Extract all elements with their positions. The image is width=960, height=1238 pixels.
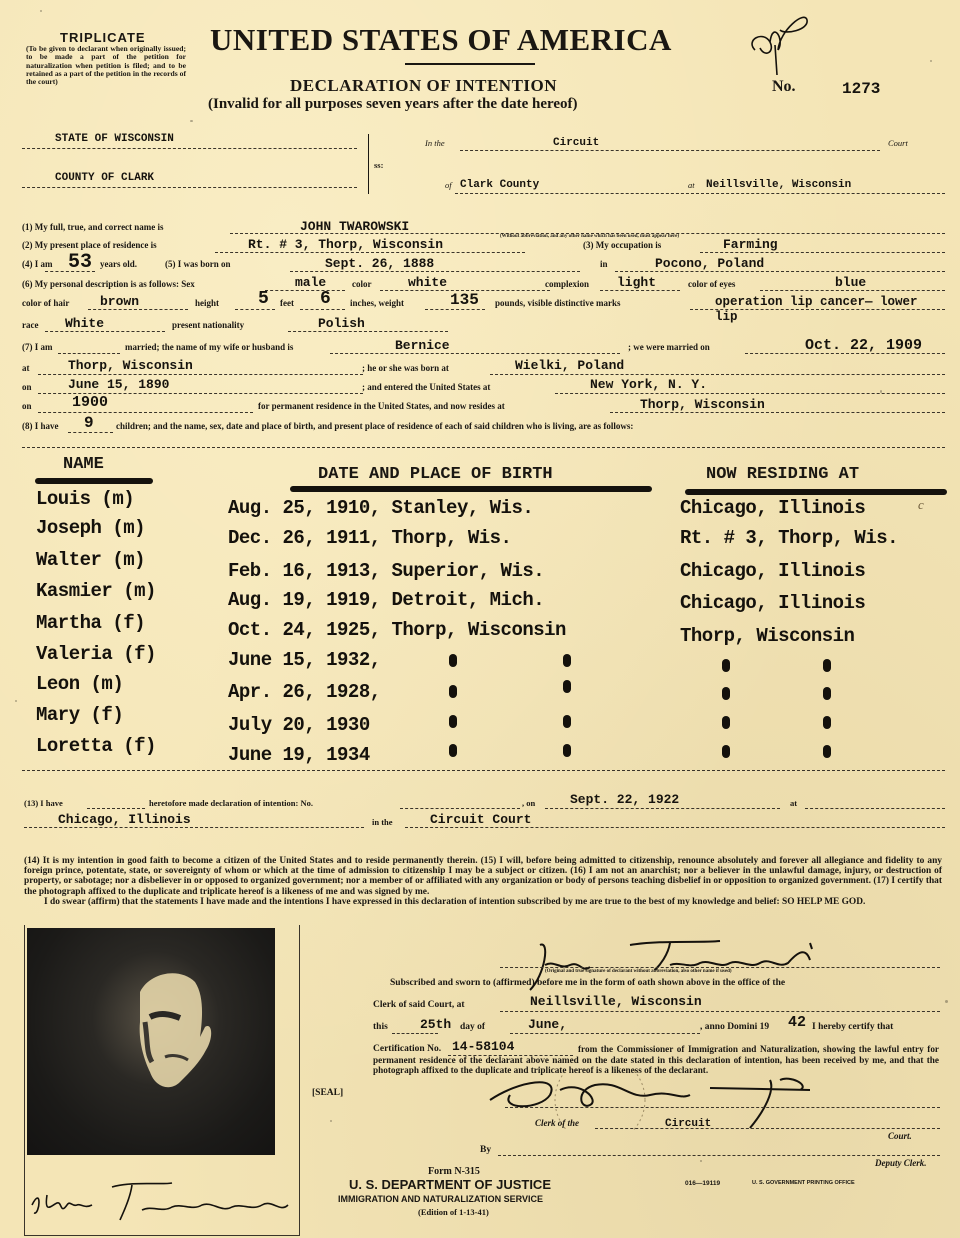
entered-on-value: 1900 xyxy=(72,394,108,411)
child-birth: Aug. 25, 1910, Stanley, Wis. xyxy=(228,497,533,519)
spouse-birth-date-value: June 15, 1890 xyxy=(68,377,169,392)
eyes-value: blue xyxy=(835,275,866,290)
height-label: height xyxy=(195,298,219,308)
married-label: married; the name of my wife or husband … xyxy=(125,342,293,352)
entered-at-value: New York, N. Y. xyxy=(590,377,707,392)
age-suffix: years old. xyxy=(100,259,137,269)
q13-mid: heretofore made declaration of intention… xyxy=(149,798,313,808)
child-birth: Feb. 16, 1913, Superior, Wis. xyxy=(228,560,544,582)
subscribed-text: Subscribed and sworn to (affirmed) befor… xyxy=(390,978,785,988)
prior-at-label: at xyxy=(790,798,797,808)
child-birth: Apr. 26, 1928, xyxy=(228,681,381,703)
oath-swear: I do swear (affirm) that the statements … xyxy=(24,897,865,907)
sex-value: male xyxy=(295,275,326,290)
validity-note: (Invalid for all purposes seven years af… xyxy=(208,96,578,113)
hair-value: brown xyxy=(100,294,139,309)
feet-label: feet xyxy=(280,298,294,308)
copy-type-label: TRIPLICATE xyxy=(60,30,146,45)
child-name: Mary (f) xyxy=(36,704,123,726)
q4-label: (4) I am xyxy=(22,259,53,269)
birth-date-value: Sept. 26, 1888 xyxy=(325,256,434,271)
deputy-label: Deputy Clerk. xyxy=(875,1158,927,1168)
anno-label: , anno Domini 19 xyxy=(700,1022,769,1032)
clerk-of-label: Clerk of the xyxy=(535,1118,579,1128)
ss-label: ss: xyxy=(374,160,383,170)
age-value: 53 xyxy=(68,251,92,274)
edition: (Edition of 1-13-41) xyxy=(418,1207,489,1217)
print-code: 016—19119 xyxy=(685,1180,720,1187)
prior-place-value: Chicago, Illinois xyxy=(58,812,191,827)
q7-label: (7) I am xyxy=(22,342,53,352)
entered-on-label: on xyxy=(22,401,32,411)
race-label: race xyxy=(22,320,38,330)
month-value: June, xyxy=(528,1017,567,1032)
child-name: Joseph (m) xyxy=(36,517,145,539)
complexion-value: light xyxy=(617,275,656,290)
child-residence: Rt. # 3, Thorp, Wis. xyxy=(680,527,898,549)
court-suffix: Court xyxy=(888,138,908,148)
spouse-born-on-label: on xyxy=(22,382,32,392)
child-name: Leon (m) xyxy=(36,673,123,695)
child-birth: Oct. 24, 1925, Thorp, Wisconsin xyxy=(228,619,566,641)
this-label: this xyxy=(373,1022,388,1032)
service: IMMIGRATION AND NATURALIZATION SERVICE xyxy=(338,1194,543,1204)
margin-mark: c xyxy=(918,497,924,513)
occupation-value: Farming xyxy=(723,237,778,252)
copy-instructions: (To be given to declarant when originall… xyxy=(26,45,186,86)
born-at-label: ; he or she was born at xyxy=(362,363,449,373)
at-label: at xyxy=(688,180,695,190)
signature-caption: (Original and true signature of declaran… xyxy=(545,969,732,974)
spouse-name: Bernice xyxy=(395,338,450,353)
permanent-label: for permanent residence in the United St… xyxy=(258,401,505,411)
child-name: Loretta (f) xyxy=(36,735,156,757)
weight-value: 135 xyxy=(450,291,479,309)
color-value: white xyxy=(408,275,447,290)
court-label: Court. xyxy=(888,1131,912,1141)
country-title: UNITED STATES OF AMERICA xyxy=(210,22,672,58)
court-name: Circuit xyxy=(553,137,599,149)
column-header-name: NAME xyxy=(63,455,104,474)
spouse-birthplace-value: Wielki, Poland xyxy=(515,358,624,373)
child-name: Louis (m) xyxy=(36,488,134,510)
document-title: DECLARATION OF INTENTION xyxy=(290,76,557,96)
column-header-birth: DATE AND PLACE OF BIRTH xyxy=(318,465,553,484)
child-birth: Aug. 19, 1919, Detroit, Mich. xyxy=(228,589,544,611)
married-on-value: Oct. 22, 1909 xyxy=(805,337,922,354)
printer: U. S. GOVERNMENT PRINTING OFFICE xyxy=(752,1180,855,1186)
q3-label: (3) My occupation is xyxy=(583,240,661,250)
venue-brace xyxy=(360,134,369,194)
height-inches-value: 6 xyxy=(320,289,331,309)
married-at-value: Thorp, Wisconsin xyxy=(68,358,193,373)
document-page: TRIPLICATE (To be given to declarant whe… xyxy=(0,0,960,1238)
department: U. S. DEPARTMENT OF JUSTICE xyxy=(349,1177,551,1192)
nationality-value: Polish xyxy=(318,316,365,331)
color-label: color xyxy=(352,279,372,289)
q2-label: (2) My present place of residence is xyxy=(22,240,157,250)
height-feet-value: 5 xyxy=(258,289,269,309)
child-residence: Chicago, Illinois xyxy=(680,497,865,519)
resides-at-value: Thorp, Wisconsin xyxy=(640,397,765,412)
prior-date-value: Sept. 22, 1922 xyxy=(570,792,679,807)
seal-label: [SEAL] xyxy=(312,1088,343,1098)
q8-label: (8) I have xyxy=(22,421,59,431)
year-value: 42 xyxy=(788,1014,806,1031)
day-value: 25th xyxy=(420,1017,451,1032)
on-label: , on xyxy=(522,798,535,808)
clerk-at-label: Clerk of said Court, at xyxy=(373,1000,465,1010)
clerk-at-value: Neillsville, Wisconsin xyxy=(530,994,702,1009)
child-residence: Thorp, Wisconsin xyxy=(680,625,854,647)
birth-place-value: Pocono, Poland xyxy=(655,256,764,271)
title-rule xyxy=(405,63,535,65)
marks-label: pounds, visible distinctive marks xyxy=(495,298,621,308)
child-birth: June 19, 1934 xyxy=(228,744,370,766)
declarant-name: JOHN TWAROWSKI xyxy=(300,219,409,234)
venue-state: STATE OF WISCONSIN xyxy=(55,133,174,145)
oath-text: (14) It is my intention in good faith to… xyxy=(24,856,942,907)
hair-label: color of hair xyxy=(22,298,69,308)
in-label: in xyxy=(600,259,608,269)
child-name: Kasmier (m) xyxy=(36,580,156,602)
children-count: 9 xyxy=(84,414,94,432)
nationality-label: present nationality xyxy=(172,320,244,330)
portrait-face-icon xyxy=(110,962,220,1102)
child-residence: Chicago, Illinois xyxy=(680,560,865,582)
prior-court-value: Circuit Court xyxy=(430,812,531,827)
child-name: Valeria (f) xyxy=(36,643,156,665)
complexion-label: complexion xyxy=(545,279,589,289)
child-birth: June 15, 1932, xyxy=(228,649,381,671)
name-caption: (Without abbreviation, and any other nam… xyxy=(500,234,679,239)
q1-label: (1) My full, true, and correct name is xyxy=(22,222,164,232)
child-birth: July 20, 1930 xyxy=(228,714,370,736)
photo-signature-icon xyxy=(22,1175,302,1225)
child-birth: Dec. 26, 1911, Thorp, Wis. xyxy=(228,527,511,549)
certify-label: I hereby certify that xyxy=(812,1022,893,1032)
inches-label: inches, weight xyxy=(350,298,404,308)
in-the-label: in the xyxy=(372,817,393,827)
q5-label: (5) I was born on xyxy=(165,259,231,269)
day-of-label: day of xyxy=(460,1022,485,1032)
q13-label: (13) I have xyxy=(24,798,63,808)
number-label: No. xyxy=(772,78,796,96)
married-on-label: ; we were married on xyxy=(628,342,710,352)
q6-label: (6) My personal description is as follow… xyxy=(22,279,195,289)
by-label: By xyxy=(480,1145,491,1155)
married-at-label: at xyxy=(22,363,30,373)
q8-suffix: children; and the name, sex, date and pl… xyxy=(116,421,946,431)
child-residence: Chicago, Illinois xyxy=(680,592,865,614)
court-location: Neillsville, Wisconsin xyxy=(706,179,851,191)
clerk-court-value: Circuit xyxy=(665,1118,711,1130)
child-name: Walter (m) xyxy=(36,549,145,571)
column-header-residence: NOW RESIDING AT xyxy=(706,465,859,484)
residence-value: Rt. # 3, Thorp, Wisconsin xyxy=(248,237,443,252)
venue-county: COUNTY OF CLARK xyxy=(55,172,154,184)
eyes-label: color of eyes xyxy=(688,279,735,289)
declaration-number: 1273 xyxy=(842,80,880,98)
entered-label: ; and entered the United States at xyxy=(362,382,490,392)
of-label: of xyxy=(445,180,452,190)
court-prefix: In the xyxy=(425,138,445,148)
form-number: Form N-315 xyxy=(428,1166,480,1177)
initials-mark-icon xyxy=(745,0,815,80)
court-county: Clark County xyxy=(460,179,539,191)
race-value: White xyxy=(65,316,104,331)
oath-statements: (14) It is my intention in good faith to… xyxy=(24,856,942,897)
marks-value: operation lip cancer— lower lip xyxy=(715,295,945,325)
child-name: Martha (f) xyxy=(36,612,145,634)
